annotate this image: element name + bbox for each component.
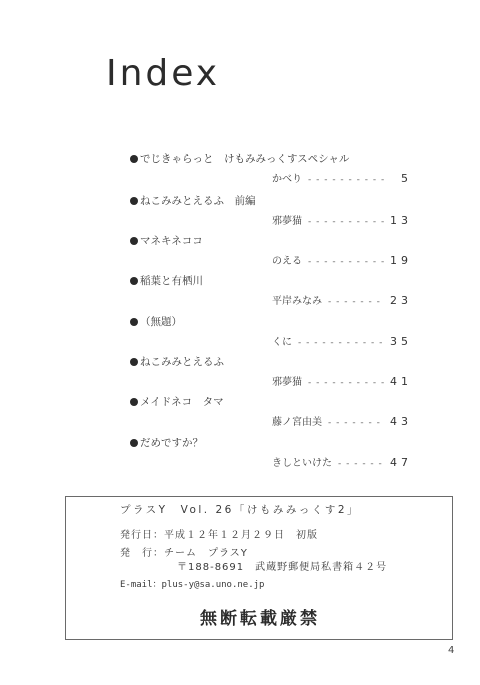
bullet-icon (130, 439, 138, 447)
bullet-icon (130, 237, 138, 245)
toc-entry-title-wrap: でじきゃらっと けもみみっくすスペシャル (130, 152, 349, 166)
toc-leader: - - - - - - - - - - - - - - - - - - - - (298, 336, 384, 350)
toc-entry-title-wrap: メイドネコ タマ (130, 395, 224, 409)
toc-entry: マネキネココ のえる - - - - - - - - - - - - - - -… (0, 234, 480, 274)
colophon-box: プラスY Vol. 26「けもみみっくす2」 発行日：平成１２年１２月２９日 初… (65, 496, 453, 640)
toc-entry-author: 平岸みなみ (272, 295, 322, 309)
toc-leader: - - - - - - - - - - - - - - - - - - (308, 255, 384, 269)
toc-entry-title-wrap: マネキネココ (130, 234, 203, 248)
toc-entry-title: （無題） (140, 316, 182, 328)
toc-entry-title-wrap: ねこみみとえるふ (130, 355, 224, 369)
page-title: Index (106, 52, 220, 96)
toc-leader: - - - - - - - - - - - - - - - - - - (308, 215, 384, 229)
toc-entry-title: メイドネコ タマ (140, 396, 224, 408)
toc-entry-title: だめですか？ (140, 437, 203, 449)
colophon-address: 〒188-8691 武蔵野郵便局私書箱４２号 (177, 561, 387, 575)
bullet-icon (130, 155, 138, 163)
bullet-icon (130, 358, 138, 366)
toc-entry-page: 5 (392, 172, 412, 186)
toc-author-line: くに - - - - - - - - - - - - - - - - - - -… (272, 335, 412, 350)
bullet-icon (130, 398, 138, 406)
colophon-issue-date: 発行日：平成１２年１２月２９日 初版 (120, 529, 318, 543)
toc-author-line: のえる - - - - - - - - - - - - - - - - - - … (272, 254, 412, 269)
toc-entry-page: 19 (390, 254, 412, 268)
toc-entry-author: かべり (272, 173, 302, 187)
toc-entry-author: 邪夢猫 (272, 215, 302, 229)
toc-author-line: 邪夢猫 - - - - - - - - - - - - - - - - - - … (272, 375, 412, 390)
colophon-title: プラスY Vol. 26「けもみみっくす2」 (120, 503, 360, 517)
toc-entry-title-wrap: だめですか？ (130, 436, 203, 450)
toc-entry-page: 41 (390, 375, 412, 389)
toc-entry-author: のえる (272, 255, 302, 269)
toc-entry-author: くに (272, 336, 292, 350)
toc-entry-title: 稲葉と有栖川 (140, 275, 203, 287)
toc-author-line: 邪夢猫 - - - - - - - - - - - - - - - - - - … (272, 214, 412, 229)
colophon-publisher: 発 行：チーム プラスY (120, 547, 248, 561)
toc-entry-title: マネキネココ (140, 235, 203, 247)
toc-entry-title-wrap: 稲葉と有栖川 (130, 274, 203, 288)
toc-author-line: きしといけた - - - - - - - - - - - - - 47 (272, 456, 412, 471)
toc-author-line: 藤ノ宮由美 - - - - - - - - - - - - - - - 43 (272, 415, 412, 430)
page-number: 4 (448, 645, 454, 656)
toc-leader: - - - - - - - - - - - - - - - - - - (308, 376, 384, 390)
toc-entry-page: 23 (390, 294, 412, 308)
toc-entry-title-wrap: ねこみみとえるふ 前編 (130, 194, 256, 208)
toc-entry: ねこみみとえるふ 邪夢猫 - - - - - - - - - - - - - -… (0, 355, 480, 395)
toc-entry: （無題） くに - - - - - - - - - - - - - - - - … (0, 315, 480, 355)
toc-entry-title: ねこみみとえるふ 前編 (140, 195, 256, 207)
toc-author-line: 平岸みなみ - - - - - - - - - - - - - - 23 (272, 294, 412, 309)
toc-entry-author: 邪夢猫 (272, 376, 302, 390)
toc-entry-page: 47 (390, 456, 412, 470)
toc-leader: - - - - - - - - - - - - - - - (328, 416, 384, 430)
bullet-icon (130, 197, 138, 205)
colophon-email: E-mail：plus-y@sa.uno.ne.jp (120, 578, 264, 592)
toc-entry-author: きしといけた (272, 457, 332, 471)
toc-entry: ねこみみとえるふ 前編 邪夢猫 - - - - - - - - - - - - … (0, 194, 480, 234)
toc-author-line: かべり - - - - - - - - - - - - - - - - - - … (272, 172, 412, 187)
toc-leader: - - - - - - - - - - - - - (338, 457, 384, 471)
toc-entry-title: ねこみみとえるふ (140, 356, 224, 368)
toc-entry: だめですか？ きしといけた - - - - - - - - - - - - - … (0, 436, 480, 476)
bullet-icon (130, 277, 138, 285)
toc-entry-page: 35 (390, 335, 412, 349)
toc-entry-page: 43 (390, 415, 412, 429)
toc-entry-page: 13 (390, 214, 412, 228)
toc-leader: - - - - - - - - - - - - - - (328, 295, 384, 309)
toc-entry-author: 藤ノ宮由美 (272, 416, 322, 430)
bullet-icon (130, 318, 138, 326)
copyright-notice: 無断転載厳禁 (66, 604, 454, 629)
toc-entry: でじきゃらっと けもみみっくすスペシャル かべり - - - - - - - -… (0, 152, 480, 192)
toc-entry: メイドネコ タマ 藤ノ宮由美 - - - - - - - - - - - - -… (0, 395, 480, 435)
toc-entry: 稲葉と有栖川 平岸みなみ - - - - - - - - - - - - - -… (0, 274, 480, 314)
toc-entry-title: でじきゃらっと けもみみっくすスペシャル (140, 153, 349, 165)
toc-leader: - - - - - - - - - - - - - - - - - - - (308, 173, 386, 187)
toc-entry-title-wrap: （無題） (130, 315, 182, 329)
